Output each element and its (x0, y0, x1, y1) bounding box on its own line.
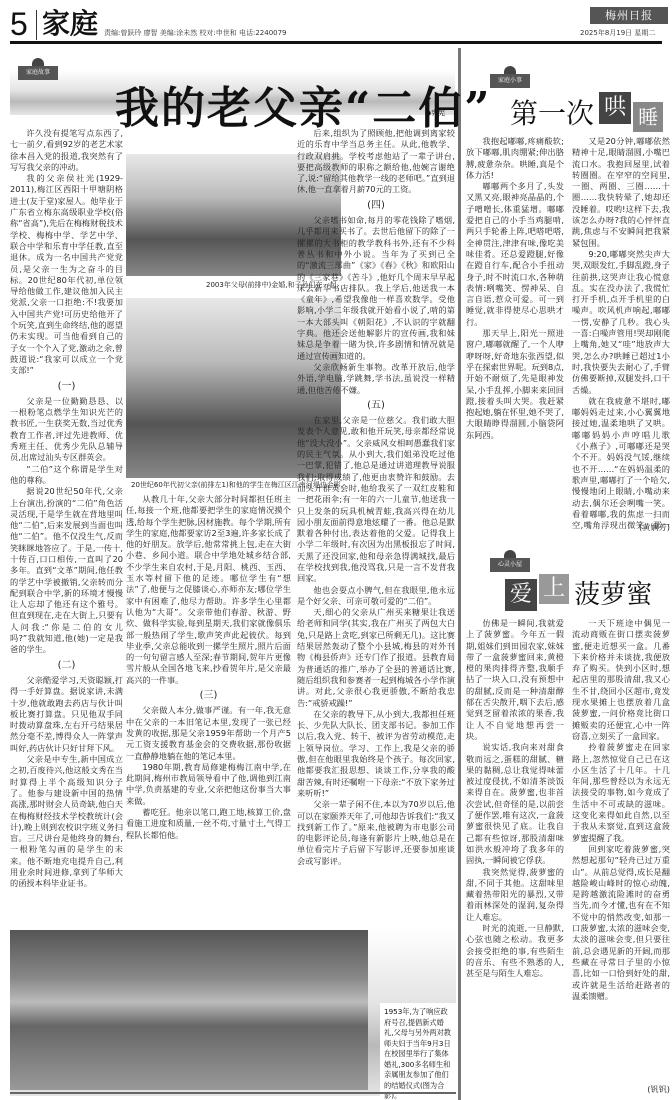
paragraph: 蓄吃狂。他亲以笔口,跑工地,核算工价,盘看施工进度和质量,一丝不苟,寸量寸土,气… (126, 807, 291, 841)
column-tag-main: 家庭故事 (18, 66, 58, 80)
title-part-boxed: 睡 (633, 102, 663, 132)
issue-date: 2025年8月19日 星期二 (580, 28, 655, 38)
gear-icon (504, 66, 516, 74)
article-title: 我的老父亲“二伯” (115, 72, 492, 136)
paragraph: 父亲嗜书如命,每月的零花钱除了嗜烟,几乎都用来买书了。去世后他留下的除了一摞摞的… (297, 215, 455, 362)
paragraph: 父亲欣畅新生事物。改革开放后,他学外语,学电脑,学跳舞,学书法,虽说没一样精通,… (297, 362, 455, 396)
paragraph: 据说20世纪50年代,父亲上台演出,扮演的“二伯”角色活灵活现,于是学生就在背地… (10, 486, 123, 655)
paragraph: 父亲是一位勤勤恳恳、以一根粉笔点燃学生知识光芒的教书匠,一生获奖无数,当过优秀教… (10, 396, 123, 464)
section-heading: (一) (10, 381, 123, 392)
section-heading: (四) (297, 200, 455, 211)
paragraph: 父亲酷爱学习,天资聪颖,打得一手好算盘。据说家讲,未满十岁,他就敢跑去药店与伙计… (10, 675, 123, 754)
page-number: 5 (10, 8, 28, 40)
column-tag-label: 家庭故事 (26, 69, 50, 76)
gear-icon (32, 58, 44, 66)
title-part-boxed: 哄 (599, 92, 631, 124)
paragraph: 时光的流逝,一旦静默,心弦也随之松动。我更多会接受拒绝的事,有些陌生的音乐、有些… (466, 923, 564, 979)
photo3-caption: 1953年,为了响应政府号召,提倡新式婚礼,父母与另外两对教师夫妇于当年9月3日… (380, 1003, 456, 1100)
side2-author: (钒钒) (600, 1084, 670, 1095)
page-header: 5 家庭 责编:曾跃玲 廖智 美编:涂未然 校对:申世和 电话:2240079 … (0, 0, 672, 44)
gear-icon (504, 550, 516, 558)
side1-title: 第一次 哄 睡 (510, 92, 663, 132)
main-column-1: 许久没有提笔写点东西了,七一前夕,看到92岁的老艺术家徐本昌入党的报道,我突然有… (10, 128, 123, 888)
bottom-rule (10, 1092, 456, 1094)
column-divider (458, 48, 461, 1100)
section-title: 家庭 (42, 8, 98, 40)
staff-credits: 责编:曾跃玲 廖智 美编:涂未然 校对:申世和 电话:2240079 (104, 28, 287, 38)
title-part: 菠萝蜜 (574, 580, 652, 610)
section-heading: (三) (126, 690, 291, 701)
title-part: 第一次 (510, 97, 594, 130)
paragraph: 嘟嘟两个多月了,头发又黑又亮,眼神亮晶晶的,个子噌噌长,体重猛增。嘟嘟爱把自己的… (466, 181, 564, 328)
paragraph: 就在我疲惫不堪时,嘟嘟妈妈走过来,小心翼翼地接过她,温柔地哄了又哄。嘟嘟妈妈小声… (572, 396, 670, 531)
paragraph: 在父亲的教导下,从小到大,我都担任班长、少先队大队长、团支部书记。参加工作以后,… (297, 709, 455, 799)
column-tag-label: 心灵小屋 (498, 561, 522, 568)
main-column-3: 后来,组织为了照顾他,把他调到离家较近的乐育中学当总务主任。从此,他教学、行政双… (297, 128, 455, 888)
paragraph: 父亲是中专生,新中国成立之初,百废待兴,他这般文秀在当时算得上半个高级知识分子了… (10, 754, 123, 888)
paragraph: 父亲一辈子闲不住,本以为70岁以后,他可以在家颐养天年了,可他却告诉我们:“我又… (297, 799, 455, 867)
side1-column-1: 我抱起嘟嘟,疼痛酸软;放下嘟嘟,肌肉绷紧;伸出胳膊,疲惫杂杂。哄睡,真是个体力活… (466, 136, 564, 531)
paragraph: 一天下班途中偶见一流动商贩在街口摆卖菠萝蜜,便走近想买一盒。几番下来价格并未谈拢… (572, 618, 670, 742)
paragraph: 回到家吃着菠萝蜜,突然想起那句“轻舟已过万重山”。从前总觉得,成长是翻越险峻山峰… (572, 844, 670, 1002)
title-part-boxed: 上 (539, 574, 569, 604)
paragraph: 后来,组织为了照顾他,把他调到离家较近的乐育中学当总务主任。从此,他教学、行政双… (297, 128, 455, 196)
paragraph: 我抱起嘟嘟,疼痛酸软;放下嘟嘟,肌肉绷紧;伸出胳膊,疲惫杂杂。哄睡,真是个体力活… (466, 136, 564, 181)
column-tag-label: 家庭小事 (498, 77, 522, 84)
main-column-2: 从教几十年,父亲大部分时间都担任班主任,每接一个班,他都要把学生的家庭情况摸个透… (126, 494, 291, 886)
paragraph: 1980年期,教育局修建梅梅江南中学,在此期间,梅州市教局领导看中了他,调他到江… (126, 762, 291, 807)
paragraph: 又是20分钟,嘟嘟依然精神十足,眼睛溜圆,小嘴巴流口水。我抱回屋里,试着转圈圈。… (572, 136, 670, 249)
column-tag-side2: 心灵小屋 (490, 558, 530, 572)
paragraph: 我的父亲侯社光(1929-2011),梅江区西阳十甲塘阴格进士(友于堂)家屋人。… (10, 173, 123, 376)
side2-title: 爱 上 菠萝蜜 (505, 574, 652, 611)
side2-column-1: 仿佛是一瞬间,我就爱上了菠萝蜜。今年五一假期,姐妹们到田园农家,妹妹带了一盒菠萝… (466, 618, 564, 1094)
paragraph: 那天早上,阳光一照进窗户,嘟嘟就醒了,一个人咿咿呀呀,好奇地东张西望,似乎在探索… (466, 328, 564, 441)
paragraph: 我突然觉得,菠萝蜜的甜,不同于其他。这甜味里藏着热带阳光的暴烈,又带着雨林深处的… (466, 867, 564, 923)
paragraph: 从教几十年,父亲大部分时间都担任班主任,每接一个班,他都要把学生的家庭情况摸个透… (126, 494, 291, 686)
paragraph: 他也会耍点小脾气,但在我眼里,他永远是个好父亲、可亲可敬可爱的“二伯”。 (297, 585, 455, 608)
paragraph: 说实话,我向来对甜食敬而远之,蛋糕的甜腻、糖果的黏稠,总让我觉得味蕾被过度侵扰,… (466, 742, 564, 866)
paragraph: 拎着菠萝蜜走在回家路上,忽然惊觉自己已在这小区生活了十几年。十几年间,那些曾经以… (572, 742, 670, 844)
header-divider (36, 10, 37, 40)
paragraph: 仿佛是一瞬间,我就爱上了菠萝蜜。今年五一假期,姐妹们到田园农家,妹妹带了一盒菠萝… (466, 618, 564, 742)
article-byline: ●宪宪 (425, 108, 445, 118)
newspaper-logo: 梅州日报 (590, 7, 668, 24)
paragraph: 父亲做人本分,做事严谨。有一年,我无意中在父亲的一本旧笔记本里,发现了一张已经发… (126, 705, 291, 761)
paragraph: 9:20,嘟嘟突然尖声大哭,双眼发红,手脚乱蹬,身子往前拱,这哭声让我心慌意乱。… (572, 249, 670, 396)
column-tag-side1: 家庭小事 (490, 74, 530, 88)
side1-column-2: 又是20分钟,嘟嘟依然精神十足,眼睛溜圆,小嘴巴流口水。我抱回屋里,试着转圈圈。… (572, 136, 670, 531)
title-part-boxed: 爱 (505, 579, 537, 611)
paragraph: “二伯”这个称谓是学生对他的尊称。 (10, 464, 123, 487)
section-heading: (二) (10, 660, 123, 671)
group-wedding-photo (10, 930, 368, 1090)
paragraph: 许久没有提笔写点东西了,七一前夕,看到92岁的老艺术家徐本昌入党的报道,我突然有… (10, 128, 123, 173)
header-rule (10, 41, 662, 44)
side2-column-2: 一天下班途中偶见一流动商贩在街口摆卖菠萝蜜,便走近想买一盒。几番下来价格并未谈拢… (572, 618, 670, 1084)
section-heading: (五) (297, 400, 455, 411)
paragraph: 在家里,父亲是一位慈父。我们敢大胆发表个人意见,敢和他开玩笑,母亲都经常说他“没… (297, 415, 455, 584)
paragraph: 天,细心的父亲从广州买来糖果让我送给老师和同学(其实,我在广州买了两包大白兔,只… (297, 607, 455, 709)
side1-author: (黄娴芳) (600, 522, 670, 533)
